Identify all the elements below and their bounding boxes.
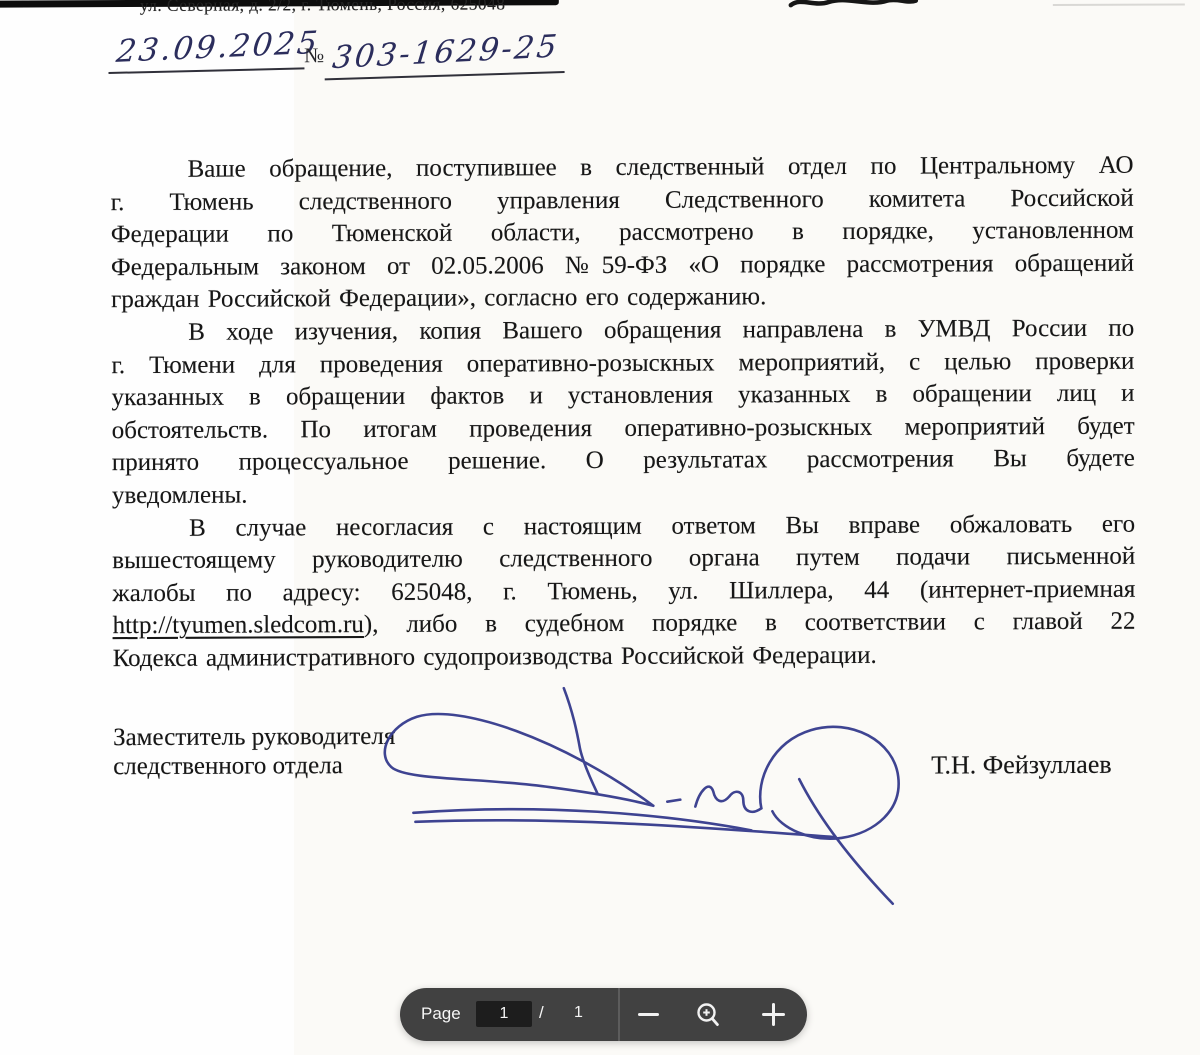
handwritten-date: 23.09.2025: [114, 25, 321, 70]
page-number-input[interactable]: [476, 1001, 532, 1027]
sledcom-link[interactable]: http://tyumen.sledcom.ru: [112, 611, 363, 639]
date-blank-line: 23.09.2025: [108, 29, 305, 74]
signer-title-line2: следственного отдела: [113, 751, 395, 781]
zoom-in-button[interactable]: [751, 992, 795, 1037]
pdf-viewer: ул. Северная, д. 2/2, г. Тюмень, Россия,…: [0, 0, 1200, 1055]
body-line: г. Тюмени для проведения оперативно-розы…: [111, 345, 1134, 382]
minus-icon: [638, 1013, 659, 1016]
body-line: Ваше обращение, поступившее в следственн…: [110, 150, 1133, 187]
body-line: указанных в обращении фактов и установле…: [111, 378, 1134, 415]
body-line: http://tyumen.sledcom.ru), либо в судебн…: [112, 606, 1135, 643]
zoom-out-button[interactable]: [626, 992, 670, 1037]
body-line: уведомлены.: [112, 476, 1135, 513]
body-line: вышестоящему руководителю следственного …: [112, 541, 1135, 578]
body-line: Федеральным законом от 02.05.2006 №59-ФЗ…: [111, 247, 1134, 284]
scan-streak-artifact: [1053, 3, 1185, 6]
body-line: принято процессуальное решение. О резуль…: [112, 443, 1135, 480]
number-sign: №: [304, 43, 324, 68]
magnifier-plus-icon: [694, 1001, 722, 1029]
body-line: Кодекса административного судопроизводст…: [113, 639, 1136, 676]
body-line: Федерации по Тюменской области, рассмотр…: [111, 215, 1134, 252]
page-total: 1: [574, 1004, 583, 1022]
body-line: В ходе изучения, копия Вашего обращения …: [111, 313, 1134, 350]
page-toolbar: Page / 1: [400, 988, 807, 1041]
toolbar-divider: [618, 988, 620, 1041]
page-label: Page: [421, 1004, 461, 1024]
body-line: В случае несогласия с настоящим ответом …: [112, 508, 1135, 545]
signer-title-line1: Заместитель руководителя: [113, 723, 395, 753]
page-separator: /: [539, 1003, 544, 1023]
body-line: обстоятельств. По итогам проведения опер…: [112, 410, 1135, 447]
plus-icon: [762, 1003, 785, 1026]
scanned-letter: ул. Северная, д. 2/2, г. Тюмень, Россия,…: [0, 0, 1200, 1055]
letter-body: Ваше обращение, поступившее в следственн…: [110, 150, 1135, 676]
zoom-tool-button[interactable]: [686, 992, 730, 1037]
signer-title: Заместитель руководителя следственного о…: [113, 723, 396, 781]
body-line: граждан Российской Федерации», согласно …: [111, 280, 1134, 317]
sender-address: ул. Северная, д. 2/2, г. Тюмень, Россия,…: [140, 0, 506, 16]
body-line-tail: ), либо в судебном порядке в соответстви…: [364, 608, 1136, 638]
signer-name: Т.Н. Фейзуллаев: [931, 750, 1112, 781]
number-blank-line: 303-1629-25: [324, 33, 565, 80]
handwritten-outgoing-number: 303-1629-25: [331, 28, 561, 76]
body-line: жалобы по адресу: 625048, г. Тюмень, ул.…: [112, 573, 1135, 610]
body-line: г. Тюмень следственного управления Следс…: [111, 182, 1134, 219]
